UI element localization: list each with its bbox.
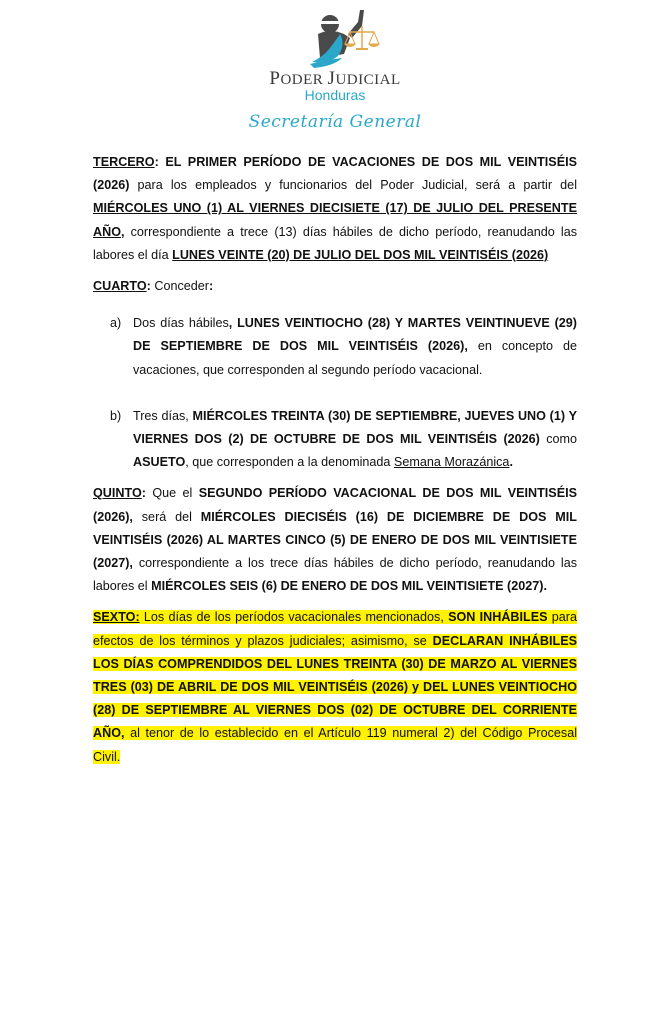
list-item: a)Dos días hábiles, LUNES VEINTIOCHO (28… (133, 312, 577, 382)
clause-cuarto: CUARTO: Conceder: (93, 275, 577, 298)
clause-label: TERCERO (93, 155, 155, 169)
lady-justice-scales-icon (300, 8, 380, 68)
list-item: b)Tres días, MIÉRCOLES TREINTA (30) DE S… (133, 405, 577, 475)
clause-label: QUINTO (93, 486, 142, 500)
letterhead: PODER JUDICIAL Honduras Secretaría Gener… (0, 0, 670, 140)
clause-tercero: TERCERO: EL PRIMER PERÍODO DE VACACIONES… (93, 151, 577, 267)
org-country: Honduras (0, 87, 670, 103)
clause-label: CUARTO (93, 279, 147, 293)
clause-label: SEXTO: (93, 610, 140, 624)
clause-sexto: SEXTO: Los días de los períodos vacacion… (93, 606, 577, 768)
document-body: TERCERO: EL PRIMER PERÍODO DE VACACIONES… (93, 151, 577, 769)
department-name: Secretaría General (0, 112, 670, 132)
clause-quinto: QUINTO: Que el SEGUNDO PERÍODO VACACIONA… (93, 482, 577, 598)
